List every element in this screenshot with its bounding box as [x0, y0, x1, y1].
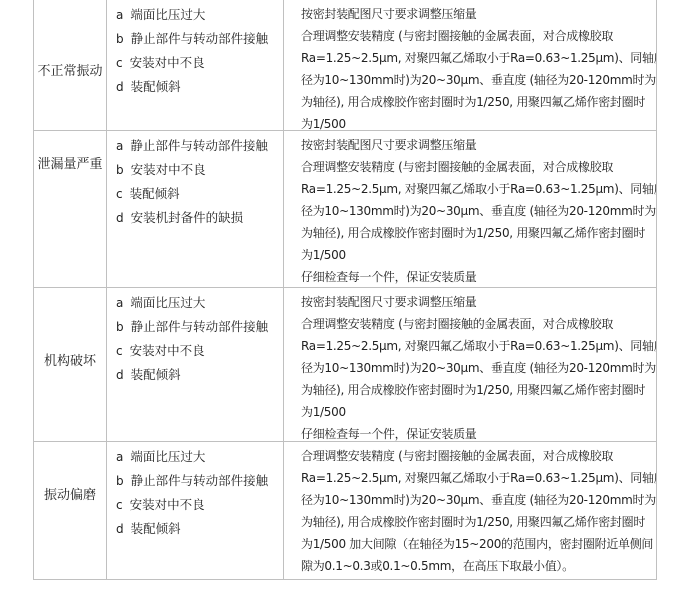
cause-item: a端面比压过大: [116, 445, 279, 469]
cause-text: 安装对中不良: [130, 55, 205, 70]
remedy-line: 合理调整安装精度 (与密封圈接触的金属表面，对合成橡胶取: [301, 313, 654, 335]
fault-name: 机构破坏: [34, 288, 106, 370]
cause-key: d: [116, 364, 124, 387]
cause-text: 静止部件与转动部件接触: [131, 319, 269, 334]
cause-key: d: [116, 76, 124, 99]
cause-key: d: [116, 207, 124, 230]
cause-text: 安装对中不良: [130, 497, 205, 512]
remedy-line: 径为10~130mm时)为20~30μm、垂直度 (轴径为20-120mm时为d…: [301, 489, 654, 511]
remedy-line: 径为10~130mm时)为20~30μm、垂直度 (轴径为20-120mm时为d…: [301, 200, 654, 222]
fault-cell: 振动偏磨: [34, 442, 107, 579]
remedy-line: 为1/500: [301, 401, 654, 423]
remedy-line: 为轴径), 用合成橡胶作密封圈时为1/250, 用聚四氟乙烯作密封圈时: [301, 379, 654, 401]
remedy-line: 为轴径), 用合成橡胶作密封圈时为1/250, 用聚四氟乙烯作密封圈时: [301, 511, 654, 533]
cause-key: a: [116, 4, 123, 27]
fault-cell: 泄漏量严重: [34, 131, 107, 287]
remedy-line: 为1/500: [301, 113, 654, 130]
remedy-line: 按密封装配图尺寸要求调整压缩量: [301, 3, 654, 25]
cause-item: d安装机封备件的缺损: [116, 206, 279, 230]
cause-key: a: [116, 446, 123, 469]
remedy-line: 为1/500: [301, 244, 654, 266]
remedy-line: Ra=1.25~2.5μm, 对聚四氟乙烯取小于Ra=0.63~1.25μm)、…: [301, 178, 654, 200]
cause-text: 装配倾斜: [130, 186, 180, 201]
table-row-vibration-wear: 振动偏磨 a端面比压过大 b静止部件与转动部件接触 c安装对中不良 d装配倾斜 …: [34, 442, 657, 580]
remedy-line: 为1/500 加大间隙（在轴径为15~200的范围内，密封圈附近单侧间: [301, 533, 654, 555]
remedy-line: 径为10~130mm时)为20~30μm、垂直度 (轴径为20-120mm时为d…: [301, 357, 654, 379]
causes-cell: a端面比压过大 b静止部件与转动部件接触 c安装对中不良 d装配倾斜: [107, 288, 284, 441]
cause-item: c安装对中不良: [116, 51, 279, 75]
remedy-line: 按密封装配图尺寸要求调整压缩量: [301, 291, 654, 313]
fault-name: 不正常振动: [34, 0, 106, 80]
remedies-cell: 合理调整安装精度 (与密封圈接触的金属表面，对合成橡胶取 Ra=1.25~2.5…: [284, 442, 657, 579]
cause-item: b静止部件与转动部件接触: [116, 469, 279, 493]
cause-key: c: [116, 494, 123, 517]
remedy-line: 为轴径), 用合成橡胶作密封圈时为1/250, 用聚四氟乙烯作密封圈时: [301, 91, 654, 113]
cause-key: c: [116, 52, 123, 75]
cause-item: a端面比压过大: [116, 3, 279, 27]
table-row-severe-leakage: 泄漏量严重 a静止部件与转动部件接触 b安装对中不良 c装配倾斜 d安装机封备件…: [34, 131, 657, 288]
remedies-cell: 按密封装配图尺寸要求调整压缩量 合理调整安装精度 (与密封圈接触的金属表面，对合…: [284, 0, 657, 130]
remedy-line: 径为10~130mm时)为20~30μm、垂直度 (轴径为20-120mm时为d…: [301, 69, 654, 91]
remedy-line: Ra=1.25~2.5μm, 对聚四氟乙烯取小于Ra=0.63~1.25μm)、…: [301, 335, 654, 357]
cause-text: 安装对中不良: [131, 162, 206, 177]
cause-item: a静止部件与转动部件接触: [116, 134, 279, 158]
fault-cell: 不正常振动: [34, 0, 107, 130]
cause-text: 安装对中不良: [130, 343, 205, 358]
causes-cell: a端面比压过大 b静止部件与转动部件接触 c安装对中不良 d装配倾斜: [107, 442, 284, 579]
cause-text: 端面比压过大: [130, 449, 205, 464]
remedy-line: Ra=1.25~2.5μm, 对聚四氟乙烯取小于Ra=0.63~1.25μm)、…: [301, 467, 654, 489]
cause-key: b: [116, 28, 124, 51]
remedy-line: 合理调整安装精度 (与密封圈接触的金属表面，对合成橡胶取: [301, 25, 654, 47]
remedy-line: 合理调整安装精度 (与密封圈接触的金属表面，对合成橡胶取: [301, 445, 654, 467]
remedy-line: 仔细检查每一个件，保证安装质量: [301, 423, 654, 441]
cause-key: d: [116, 518, 124, 541]
remedies-cell: 按密封装配图尺寸要求调整压缩量 合理调整安装精度 (与密封圈接触的金属表面，对合…: [284, 131, 657, 287]
cause-key: b: [116, 316, 124, 339]
cause-item: b静止部件与转动部件接触: [116, 27, 279, 51]
cause-key: c: [116, 340, 123, 363]
cause-text: 静止部件与转动部件接触: [131, 473, 269, 488]
causes-cell: a静止部件与转动部件接触 b安装对中不良 c装配倾斜 d安装机封备件的缺损: [107, 131, 284, 287]
page: 不正常振动 a端面比压过大 b静止部件与转动部件接触 c安装对中不良 d装配倾斜…: [0, 0, 686, 616]
remedy-line: Ra=1.25~2.5μm, 对聚四氟乙烯取小于Ra=0.63~1.25μm)、…: [301, 47, 654, 69]
cause-item: c安装对中不良: [116, 493, 279, 517]
cause-text: 端面比压过大: [130, 7, 205, 22]
remedy-line: 仔细检查每一个件，保证安装质量: [301, 266, 654, 287]
cause-item: c安装对中不良: [116, 339, 279, 363]
cause-item: d装配倾斜: [116, 517, 279, 541]
table-row-abnormal-vibration: 不正常振动 a端面比压过大 b静止部件与转动部件接触 c安装对中不良 d装配倾斜…: [34, 0, 657, 131]
cause-item: c装配倾斜: [116, 182, 279, 206]
cause-text: 静止部件与转动部件接触: [131, 31, 269, 46]
remedies-cell: 按密封装配图尺寸要求调整压缩量 合理调整安装精度 (与密封圈接触的金属表面，对合…: [284, 288, 657, 441]
fault-cell: 机构破坏: [34, 288, 107, 441]
causes-cell: a端面比压过大 b静止部件与转动部件接触 c安装对中不良 d装配倾斜: [107, 0, 284, 130]
cause-text: 装配倾斜: [131, 367, 181, 382]
fault-name: 振动偏磨: [34, 442, 106, 504]
cause-text: 静止部件与转动部件接触: [130, 138, 268, 153]
remedy-line: 为轴径), 用合成橡胶作密封圈时为1/250, 用聚四氟乙烯作密封圈时: [301, 222, 654, 244]
cause-text: 安装机封备件的缺损: [131, 210, 244, 225]
seal-fault-table: 不正常振动 a端面比压过大 b静止部件与转动部件接触 c安装对中不良 d装配倾斜…: [33, 0, 657, 580]
cause-text: 装配倾斜: [131, 521, 181, 536]
cause-item: b安装对中不良: [116, 158, 279, 182]
cause-item: b静止部件与转动部件接触: [116, 315, 279, 339]
cause-item: d装配倾斜: [116, 75, 279, 99]
cause-key: c: [116, 183, 123, 206]
cause-key: a: [116, 135, 123, 158]
cause-item: a端面比压过大: [116, 291, 279, 315]
cause-key: b: [116, 159, 124, 182]
cause-key: b: [116, 470, 124, 493]
cause-key: a: [116, 292, 123, 315]
cause-text: 端面比压过大: [130, 295, 205, 310]
cause-item: d装配倾斜: [116, 363, 279, 387]
remedy-line: 隙为0.1~0.3或0.1~0.5mm，在高压下取最小值）。: [301, 555, 654, 577]
table-row-mechanism-damage: 机构破坏 a端面比压过大 b静止部件与转动部件接触 c安装对中不良 d装配倾斜 …: [34, 288, 657, 442]
remedy-line: 按密封装配图尺寸要求调整压缩量: [301, 134, 654, 156]
fault-name: 泄漏量严重: [34, 131, 106, 173]
cause-text: 装配倾斜: [131, 79, 181, 94]
remedy-line: 合理调整安装精度 (与密封圈接触的金属表面，对合成橡胶取: [301, 156, 654, 178]
